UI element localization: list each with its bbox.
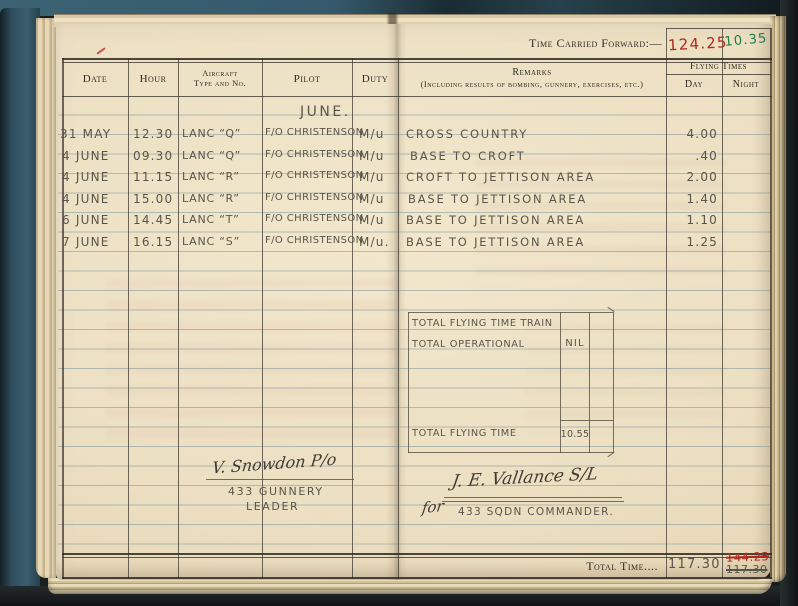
column-header-aircraft-line2: Type and No. (194, 78, 246, 88)
totals-box-bottom (408, 452, 613, 453)
entry-remarks: BASE TO JETTISON AREA (406, 235, 661, 249)
total-time-day-value: 117.30 (668, 557, 720, 572)
total-time-label: Total Time.... (456, 559, 658, 574)
entry-day-time: 1.10 (668, 213, 718, 227)
entry-remarks: CROFT TO JETTISON AREA (406, 170, 661, 184)
column-header-remarks-sub: (Including results of bombing, gunnery, … (398, 79, 666, 89)
entry-duty: M/u (359, 127, 397, 141)
entry-day-time: 2.00 (668, 170, 718, 184)
page-stack-edge-left (36, 18, 56, 578)
entry-hour: 16.15 (133, 235, 177, 249)
carried-forward-box-top (666, 28, 771, 29)
entry-aircraft: LANC “R” (182, 192, 262, 205)
entry-date: 31 MAY (60, 127, 126, 141)
table-top-rule (62, 58, 772, 60)
totals-box-right (613, 312, 614, 453)
total-row-top-rule-2 (62, 557, 772, 558)
entry-day-time: 1.40 (668, 192, 718, 206)
column-header-night: Night (722, 79, 770, 90)
entry-duty: M/u (359, 192, 397, 206)
logbook-scan: Time Carried Forward:— 124.25 10.35 Date… (0, 0, 798, 606)
entry-aircraft: LANC “Q” (182, 127, 262, 140)
entry-pilot: F/O CHRISTENSON (265, 170, 353, 181)
carried-forward-night-value: 10.35 (722, 31, 769, 50)
entry-remarks: CROSS COUNTRY (406, 127, 661, 141)
entry-hour: 14.45 (133, 213, 177, 227)
totals-box-left (408, 312, 409, 453)
entry-pilot: F/O CHRISTENSON (265, 149, 353, 160)
entry-duty: M/u (359, 170, 397, 184)
entry-date: 4 JUNE (62, 170, 128, 184)
entry-aircraft: LANC “S” (182, 235, 262, 248)
totals-row-label: TOTAL FLYING TIME (412, 428, 562, 439)
entry-pilot: F/O CHRISTENSON (265, 127, 353, 138)
entry-duty: M/u (359, 149, 397, 163)
entry-remarks: BASE TO CROFT (410, 149, 665, 163)
totals-row-label: TOTAL FLYING TIME TRAIN (412, 318, 562, 329)
column-header-pilot: Pilot (262, 73, 352, 85)
page-stack-edge-bottom (48, 578, 772, 594)
entry-remarks: BASE TO JETTISON AREA (408, 192, 663, 206)
book-cover-spine (0, 8, 40, 606)
table-row: 4 JUNE 09.30 LANC “Q” F/O CHRISTENSON M/… (56, 149, 772, 169)
flying-times-underline (666, 74, 771, 75)
table-row: 6 JUNE 14.45 LANC “T” F/O CHRISTENSON M/… (56, 213, 772, 233)
table-vline-remarks-day (666, 28, 667, 579)
entry-pilot: F/O CHRISTENSON (265, 213, 353, 224)
totals-box-top (408, 312, 613, 313)
column-header-aircraft: Aircraft Type and No. (178, 68, 262, 88)
totals-row-label: TOTAL OPERATIONAL (412, 339, 562, 350)
column-header-flying-times: Flying Times (666, 62, 771, 72)
entry-hour: 09.30 (133, 149, 177, 163)
entry-hour: 15.00 (133, 192, 177, 206)
table-row: 4 JUNE 15.00 LANC “R” F/O CHRISTENSON M/… (56, 192, 772, 212)
entry-hour: 11.15 (133, 170, 177, 184)
logbook-page: Time Carried Forward:— 124.25 10.35 Date… (56, 24, 772, 580)
entry-aircraft: LANC “T” (182, 213, 262, 226)
signature-underline (442, 501, 624, 502)
signature-underline (206, 479, 354, 480)
column-header-remarks: Remarks (398, 67, 666, 78)
signature-unit-line2: LEADER (246, 500, 299, 513)
entry-day-time: 4.00 (668, 127, 718, 141)
entry-duty: M/u (359, 213, 397, 227)
entry-date: 4 JUNE (62, 149, 128, 163)
entry-date: 4 JUNE (62, 192, 128, 206)
entry-remarks: BASE TO JETTISON AREA (406, 213, 661, 227)
totals-box-inner-rule (560, 420, 613, 421)
table-vline-right-border (770, 28, 772, 579)
column-header-day: Day (666, 79, 722, 90)
table-bottom-rule (62, 577, 772, 579)
entry-duty: M/u. (359, 235, 397, 249)
signature-unit-line1: 433 GUNNERY (228, 485, 324, 498)
table-row: 31 MAY 12.30 LANC “Q” F/O CHRISTENSON M/… (56, 127, 772, 147)
totals-row-value: NIL (561, 338, 589, 349)
table-row: 4 JUNE 11.15 LANC “R” F/O CHRISTENSON M/… (56, 170, 772, 190)
signature-for-prefix: for (421, 497, 445, 518)
entry-aircraft: LANC “R” (182, 170, 262, 183)
month-heading: JUNE. (300, 104, 351, 120)
column-header-duty: Duty (352, 73, 398, 85)
header-bottom-rule (62, 96, 772, 97)
totals-row-value: 10.55 (560, 429, 590, 440)
signature-underline (444, 497, 622, 498)
carried-forward-day-value: 124.25 (668, 34, 721, 55)
entry-pilot: F/O CHRISTENSON (265, 192, 353, 203)
carried-forward-label: Time Carried Forward:— (416, 36, 662, 51)
table-vline-day-night (722, 28, 723, 579)
red-ink-mark (96, 47, 105, 54)
entry-date: 7 JUNE (62, 235, 128, 249)
signature-title: 433 SQDN COMMANDER. (458, 506, 614, 518)
entry-aircraft: LANC “Q” (182, 149, 262, 162)
entry-day-time: 1.25 (668, 235, 718, 249)
table-row: 7 JUNE 16.15 LANC “S” F/O CHRISTENSON M/… (56, 235, 772, 255)
total-row-top-rule (62, 553, 772, 555)
total-time-night-crossed-value: 117.30 (726, 563, 772, 576)
column-header-date: Date (62, 73, 128, 85)
column-header-aircraft-line1: Aircraft (202, 68, 237, 78)
entry-pilot: F/O CHRISTENSON (265, 235, 353, 246)
page-stack-edge-right (770, 16, 786, 582)
column-header-hour: Hour (128, 73, 178, 85)
entry-hour: 12.30 (133, 127, 177, 141)
entry-day-time: .40 (668, 149, 718, 163)
entry-date: 6 JUNE (62, 213, 128, 227)
